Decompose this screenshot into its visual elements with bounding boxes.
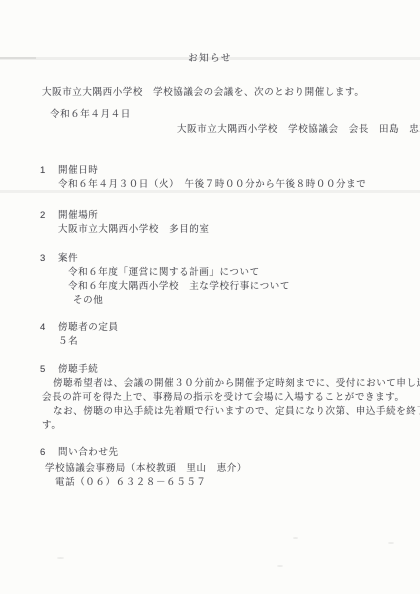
section-heading-row: 1開催日時 — [40, 162, 366, 178]
section-heading: 開催日時 — [58, 165, 98, 176]
section-line: 令和６年度「運営に関する計画」について — [68, 266, 290, 280]
scan-noise-speck — [57, 557, 64, 559]
section-heading-row: 3案件 — [40, 250, 290, 266]
intro-sentence: 大阪市立大隅西小学校 学校協議会の会議を、次のとおり開催します。 — [42, 84, 364, 98]
section-agenda: 3案件 令和６年度「運営に関する計画」について 令和６年度大隅西小学校 主な学校… — [40, 250, 290, 308]
section-number: 4 — [40, 322, 58, 333]
section-heading: 傍聴手続 — [58, 364, 98, 375]
section-number: 2 — [40, 210, 58, 221]
section-line: す。 — [42, 419, 420, 433]
scan-noise-speck — [277, 565, 283, 567]
section-heading: 傍聴者の定員 — [58, 322, 119, 333]
scan-noise-speck — [388, 542, 394, 544]
section-line: 大阪市立大隅西小学校 多目的室 — [58, 223, 210, 237]
section-line: ５名 — [58, 335, 119, 349]
section-observer-procedure: 5傍聴手続 傍聴希望者は、会議の開催３０分前から開催予定時刻までに、受付において… — [40, 361, 420, 433]
section-line: その他 — [73, 294, 290, 308]
section-line: 会長の許可を得た上で、事務局の指示を受けて会場に入場することができます。 — [42, 391, 420, 405]
scanned-notice-page: お知らせ 大阪市立大隅西小学校 学校協議会の会議を、次のとおり開催します。 令和… — [0, 0, 420, 594]
section-line: 令和６年４月３０日（火） 午後７時００分から午後８時００分まで — [58, 178, 366, 192]
section-number: 5 — [40, 364, 58, 375]
section-heading-row: 6問い合わせ先 — [40, 444, 247, 460]
section-number: 3 — [40, 253, 58, 264]
section-observer-capacity: 4傍聴者の定員 ５名 — [40, 319, 119, 349]
section-number: 1 — [40, 165, 58, 176]
section-heading-row: 5傍聴手続 — [40, 361, 420, 377]
section-heading: 問い合わせ先 — [58, 447, 119, 458]
scan-noise-speck — [293, 537, 298, 539]
contact-phone-line: 電話（０６）６３２８－６５５７ — [55, 476, 247, 490]
issuer-line: 大阪市立大隅西小学校 学校協議会 会長 田島 忠雄 — [177, 121, 420, 135]
section-heading: 開催場所 — [58, 210, 98, 221]
section-line: 傍聴希望者は、会議の開催３０分前から開催予定時刻までに、受付において申し込み、 — [53, 377, 420, 391]
section-meeting-place: 2開催場所 大阪市立大隅西小学校 多目的室 — [40, 207, 210, 237]
section-line: 令和６年度大隅西小学校 主な学校行事について — [68, 280, 290, 294]
issue-date: 令和６年４月４日 — [50, 106, 131, 120]
contact-office-line: 学校協議会事務局（本校教頭 里山 恵介） — [45, 462, 247, 476]
section-line: なお、傍聴の申込手続は先着順で行いますので、定員になり次第、申込手続を終了しま — [53, 405, 420, 419]
section-heading-row: 4傍聴者の定員 — [40, 319, 119, 335]
section-heading: 案件 — [58, 253, 78, 264]
section-meeting-datetime: 1開催日時 令和６年４月３０日（火） 午後７時００分から午後８時００分まで — [40, 162, 366, 192]
section-contact: 6問い合わせ先 学校協議会事務局（本校教頭 里山 恵介） 電話（０６）６３２８－… — [40, 444, 247, 490]
section-heading-row: 2開催場所 — [40, 207, 210, 223]
notice-title: お知らせ — [0, 50, 420, 64]
section-number: 6 — [40, 447, 58, 458]
